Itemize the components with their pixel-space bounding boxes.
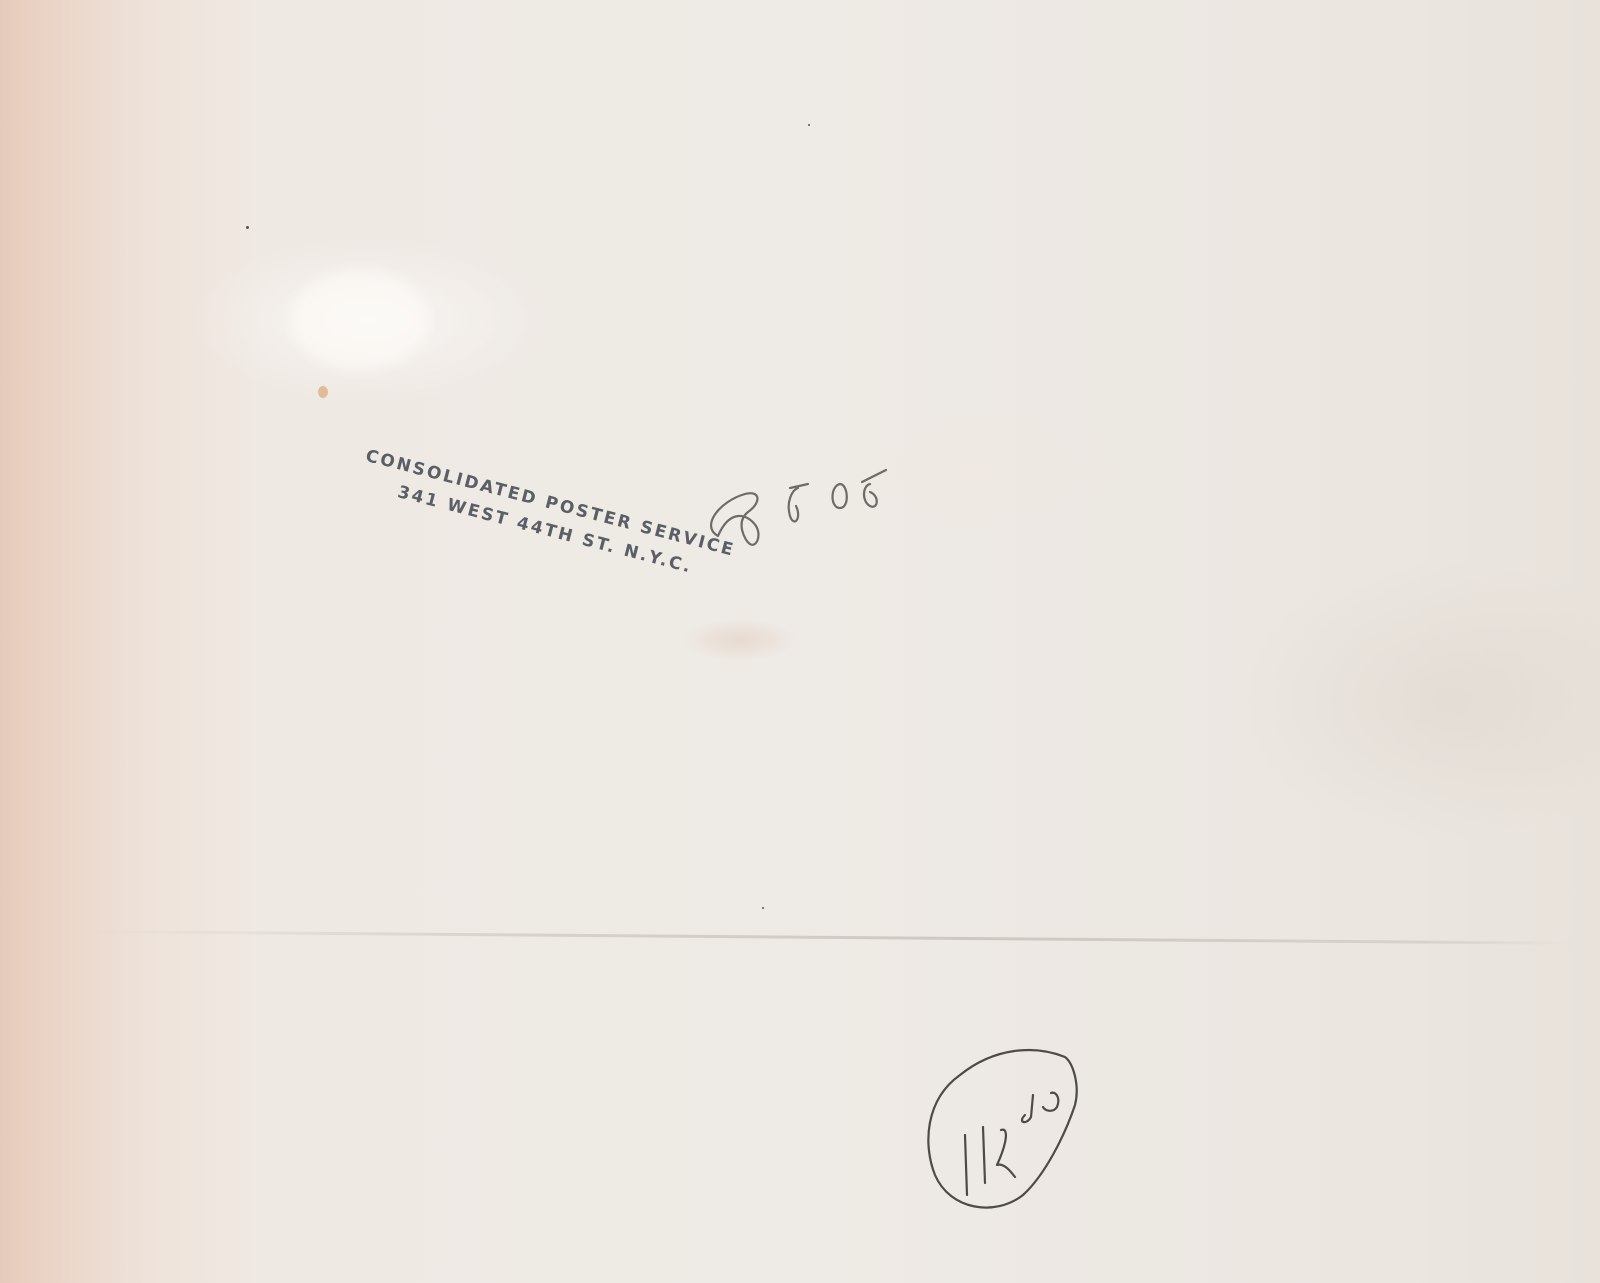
paper-speck [808,124,810,126]
paper-stain-light [290,270,430,370]
paper-stain-spot [318,386,328,398]
paper-speck [762,907,764,909]
circled-handwritten-number: 112 [905,1035,1085,1215]
publisher-stamp: CONSOLIDATED POSTER SERVICE 341 WEST 44T… [357,448,737,586]
paper-speck [246,226,249,229]
paper-crease [80,930,1570,945]
photo-back-sheet: CONSOLIDATED POSTER SERVICE 341 WEST 44T… [0,0,1600,1283]
handwritten-catalog-number: 8505 [690,456,890,546]
